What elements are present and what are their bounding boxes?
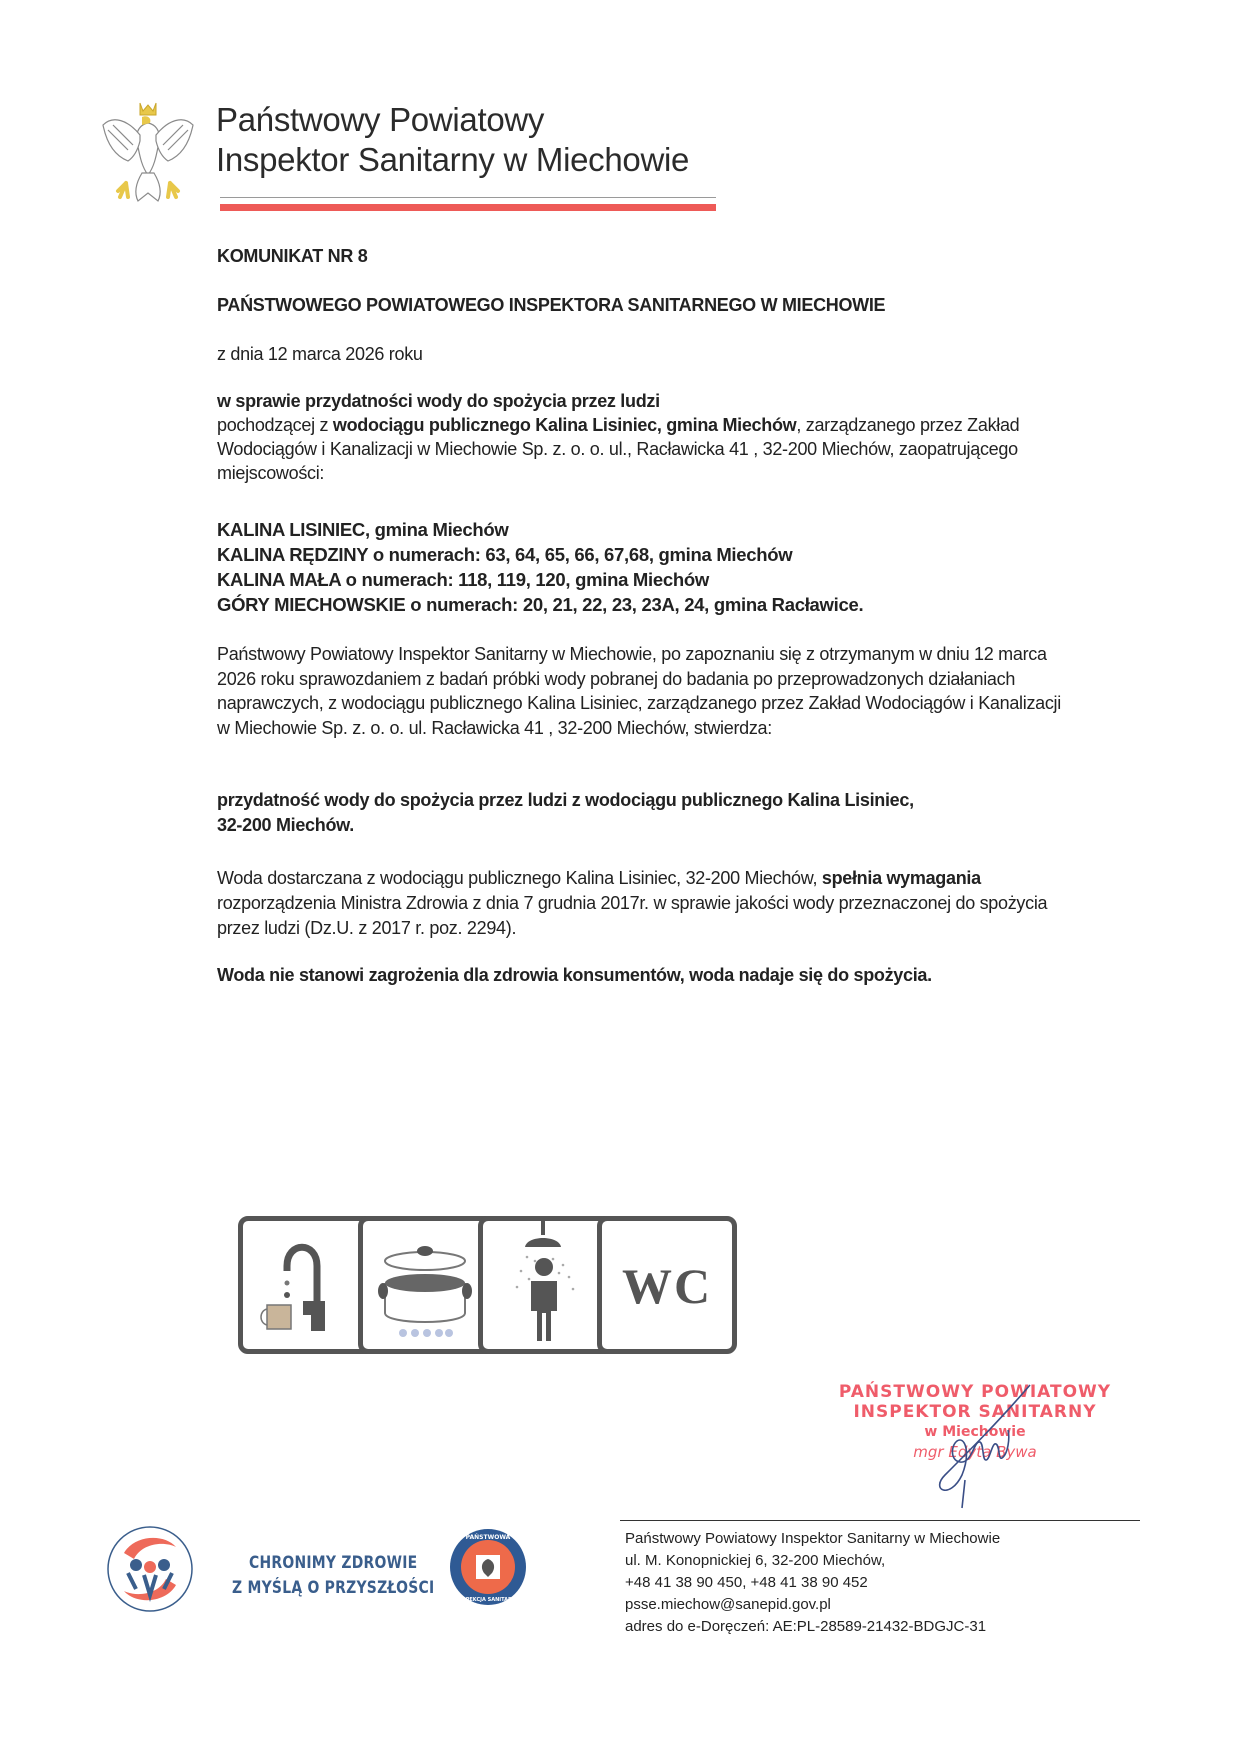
- subject-block: w sprawie przydatności wody do spożycia …: [217, 389, 1077, 485]
- place-details: , gmina Miechów: [365, 519, 509, 540]
- origin-prefix: pochodzącej z: [217, 415, 333, 435]
- supplied-places-list: KALINA LISINIEC, gmina Miechów KALINA RĘ…: [217, 517, 863, 617]
- slogan-line2: Z MYŚLĄ O PRZYSZŁOŚCI: [232, 1576, 434, 1601]
- svg-text:PAŃSTWOWA: PAŃSTWOWA: [466, 1533, 511, 1541]
- findings-paragraph: Państwowy Powiatowy Inspektor Sanitarny …: [217, 642, 1077, 740]
- place-details: o numerach: 118, 119, 120, gmina Miechów: [341, 569, 709, 590]
- communique-number: KOMUNIKAT NR 8: [217, 244, 367, 268]
- place-item: GÓRY MIECHOWSKIE o numerach: 20, 21, 22,…: [217, 592, 863, 617]
- drinking-tap-icon: [238, 1216, 378, 1354]
- sanitary-inspection-badge-icon: PAŃSTWOWA INSPEKCJA SANITARNA: [448, 1527, 528, 1607]
- institution-name-line1: Państwowy Powiatowy: [216, 100, 689, 140]
- communique-date: z dnia 12 marca 2026 roku: [217, 342, 423, 366]
- statement-line1: przydatność wody do spożycia przez ludzi…: [217, 788, 1037, 813]
- campaign-slogan: CHRONIMY ZDROWIE Z MYŚLĄ O PRZYSZŁOŚCI: [232, 1551, 434, 1601]
- wc-label: WC: [602, 1257, 732, 1315]
- subject-heading: w sprawie przydatności wody do spożycia …: [217, 389, 1077, 413]
- contact-address: ul. M. Konopnickiej 6, 32-200 Miechów,: [625, 1550, 1000, 1572]
- health-campaign-logo-icon: [104, 1523, 196, 1615]
- place-item: KALINA LISINIEC, gmina Miechów: [217, 517, 863, 542]
- place-name: KALINA RĘDZINY: [217, 544, 368, 565]
- contact-name: Państwowy Powiatowy Inspektor Sanitarny …: [625, 1528, 1000, 1550]
- wc-icon: WC: [597, 1216, 737, 1354]
- place-details: o numerach: 20, 21, 22, 23, 23A, 24, gmi…: [405, 594, 863, 615]
- header-divider-red: [220, 204, 716, 211]
- institution-name-line2: Inspektor Sanitarny w Miechowie: [216, 140, 689, 180]
- statement: przydatność wody do spożycia przez ludzi…: [217, 788, 1037, 838]
- place-name: KALINA LISINIEC: [217, 519, 365, 540]
- header-divider-gray: [220, 197, 716, 198]
- compliance-paragraph: Woda dostarczana z wodociągu publicznego…: [217, 866, 1077, 941]
- place-name: GÓRY MIECHOWSKIE: [217, 594, 405, 615]
- compliance-suffix: rozporządzenia Ministra Zdrowia z dnia 7…: [217, 893, 1047, 938]
- contact-block: Państwowy Powiatowy Inspektor Sanitarny …: [625, 1528, 1000, 1638]
- compliance-bold: spełnia wymagania: [822, 868, 981, 888]
- origin-waterworks: wodociągu publicznego Kalina Lisiniec, g…: [333, 415, 796, 435]
- communique-issuer: PAŃSTWOWEGO POWIATOWEGO INSPEKTORA SANIT…: [217, 293, 885, 317]
- contact-email[interactable]: psse.miechow@sanepid.gov.pl: [625, 1594, 1000, 1616]
- compliance-prefix: Woda dostarczana z wodociągu publicznego…: [217, 868, 822, 888]
- slogan-line1: CHRONIMY ZDROWIE: [232, 1551, 434, 1576]
- conclusion: Woda nie stanowi zagrożenia dla zdrowia …: [217, 963, 932, 987]
- institution-name: Państwowy Powiatowy Inspektor Sanitarny …: [216, 100, 689, 180]
- signature: [890, 1380, 1060, 1510]
- polish-eagle-emblem-icon: [98, 95, 198, 210]
- place-item: KALINA MAŁA o numerach: 118, 119, 120, g…: [217, 567, 863, 592]
- svg-text:INSPEKCJA SANITARNA: INSPEKCJA SANITARNA: [456, 1597, 520, 1603]
- contact-phones: +48 41 38 90 450, +48 41 38 90 452: [625, 1572, 1000, 1594]
- cooking-pot-icon: [358, 1216, 498, 1354]
- place-name: KALINA MAŁA: [217, 569, 341, 590]
- place-details: o numerach: 63, 64, 65, 66, 67,68, gmina…: [368, 544, 792, 565]
- contact-edelivery: adres do e-Doręczeń: AE:PL-28589-21432-B…: [625, 1616, 1000, 1638]
- statement-line2: 32-200 Miechów.: [217, 813, 1037, 838]
- footer-divider: [620, 1520, 1140, 1521]
- place-item: KALINA RĘDZINY o numerach: 63, 64, 65, 6…: [217, 542, 863, 567]
- subject-origin: pochodzącej z wodociągu publicznego Kali…: [217, 413, 1077, 485]
